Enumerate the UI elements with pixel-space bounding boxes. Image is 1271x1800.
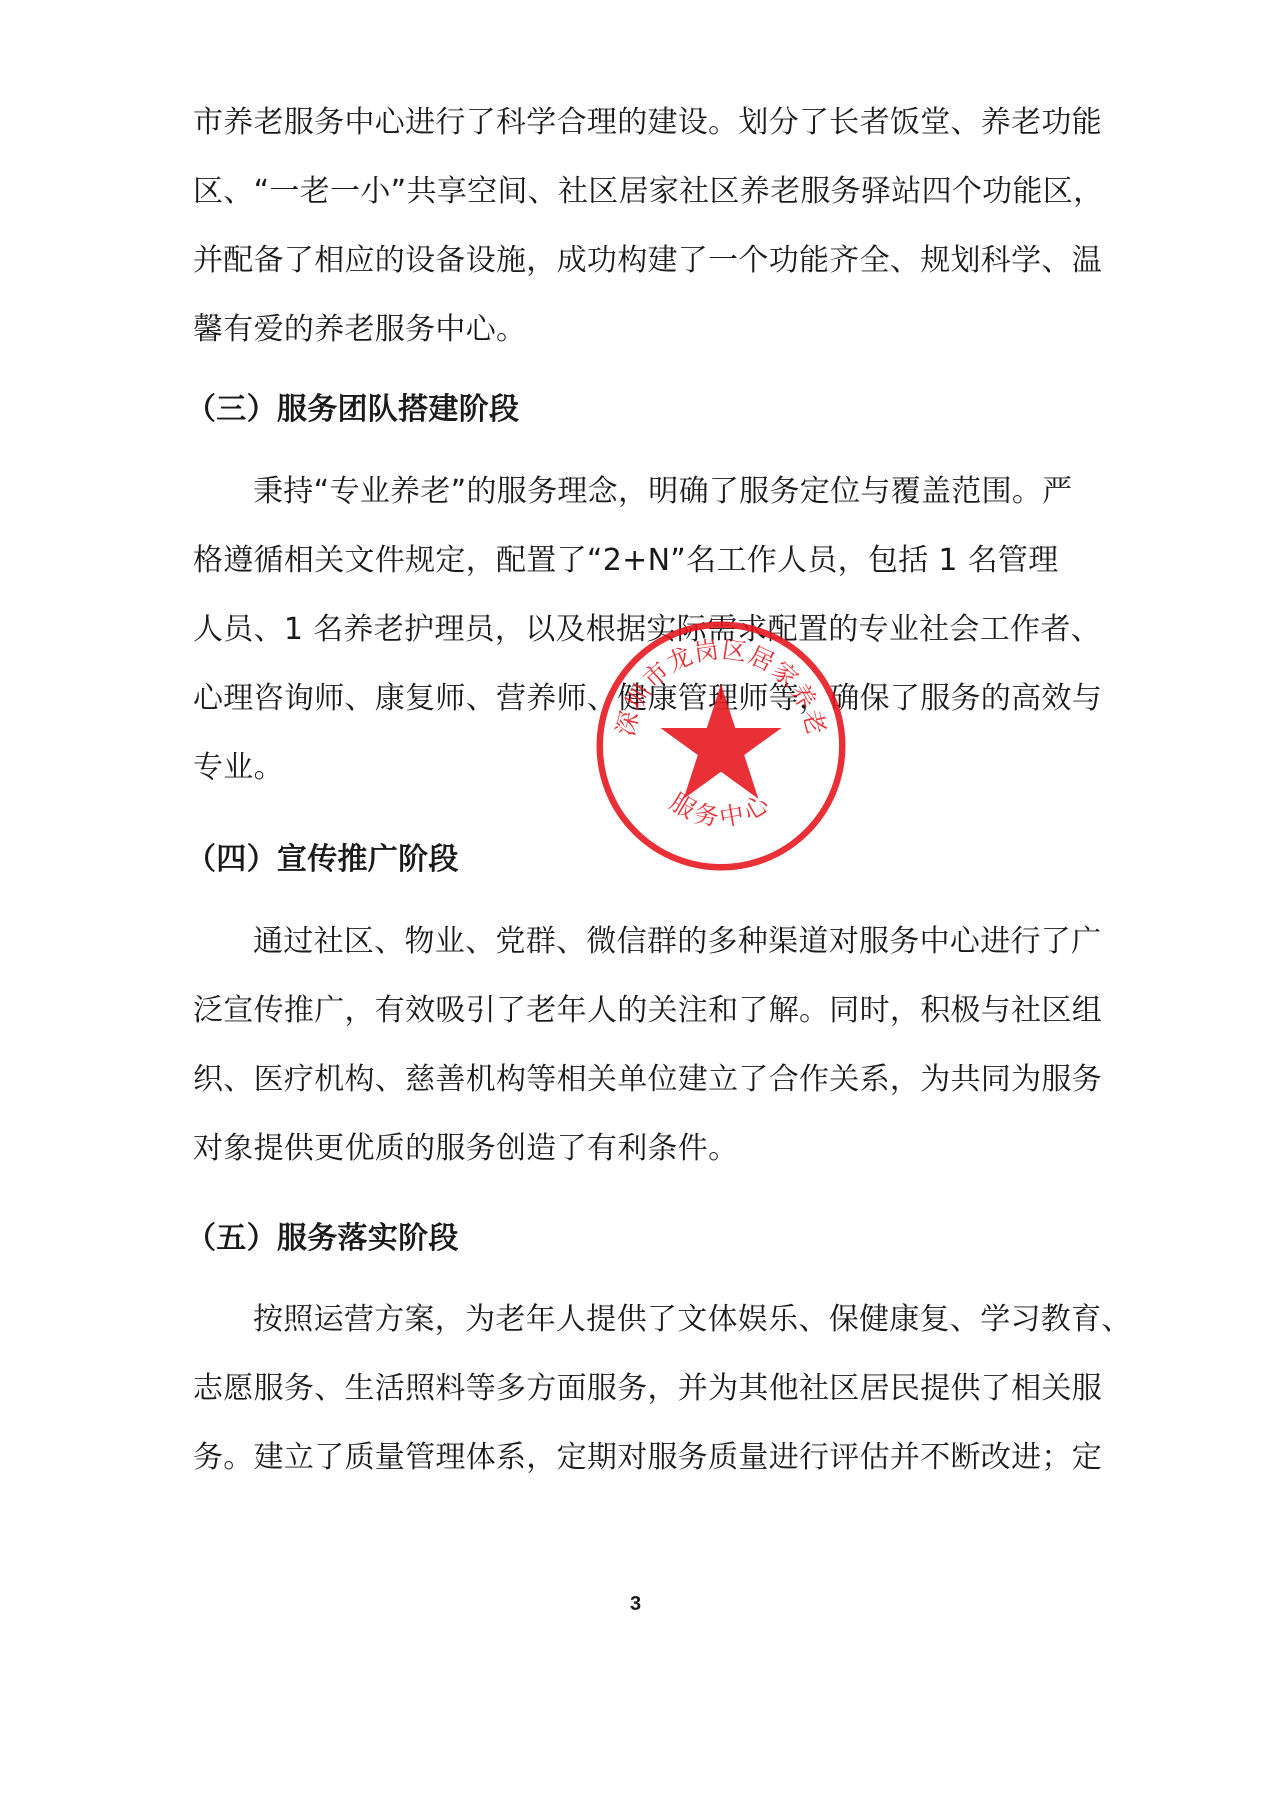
red-star-seal-icon: 深圳市龙岗区居家养老 服务中心 xyxy=(592,617,850,875)
svg-text:服务中心: 服务中心 xyxy=(665,787,777,832)
paragraph-line: 格遵循相关文件规定，配置了“2+N”名工作人员，包括 1 名管理 xyxy=(193,541,1125,581)
section-heading: （四）宣传推广阶段 xyxy=(186,840,1118,880)
paragraph-line: 市养老服务中心进行了科学合理的建设。划分了长者饭堂、养老功能 xyxy=(193,103,1125,143)
paragraph-line: 通过社区、物业、党群、微信群的多种渠道对服务中心进行了广 xyxy=(253,922,1125,962)
paragraph-line: 泛宣传推广，有效吸引了老年人的关注和了解。同时，积极与社区组 xyxy=(193,991,1125,1031)
paragraph-line: 心理咨询师、康复师、营养师、健康管理师等，确保了服务的高效与 xyxy=(193,679,1125,719)
paragraph-line: 专业。 xyxy=(193,748,1125,788)
paragraph-line: 志愿服务、生活照料等多方面服务，并为其他社区居民提供了相关服 xyxy=(193,1369,1125,1409)
paragraph-line: 馨有爱的养老服务中心。 xyxy=(193,310,1125,350)
paragraph-line: 区、“一老一小”共享空间、社区居家社区养老服务驿站四个功能区， xyxy=(193,172,1125,212)
page-number: 3 xyxy=(0,1593,1271,1616)
paragraph-line: 按照运营方案，为老年人提供了文体娱乐、保健康复、学习教育、 xyxy=(253,1300,1125,1340)
paragraph-line: 人员、1 名养老护理员，以及根据实际需求配置的专业社会工作者、 xyxy=(193,610,1125,650)
section-heading: （五）服务落实阶段 xyxy=(186,1219,1118,1259)
section-heading: （三）服务团队搭建阶段 xyxy=(186,390,1118,430)
paragraph-line: 并配备了相应的设备设施，成功构建了一个功能齐全、规划科学、温 xyxy=(193,241,1125,281)
paragraph-line: 对象提供更优质的服务创造了有利条件。 xyxy=(193,1129,1125,1169)
paragraph-line: 秉持“专业养老”的服务理念，明确了服务定位与覆盖范围。严 xyxy=(253,472,1125,512)
paragraph-line: 务。建立了质量管理体系，定期对服务质量进行评估并不断改进；定 xyxy=(193,1438,1125,1478)
document-page: 市养老服务中心进行了科学合理的建设。划分了长者饭堂、养老功能 区、“一老一小”共… xyxy=(0,0,1271,1800)
paragraph-line: 织、医疗机构、慈善机构等相关单位建立了合作关系，为共同为服务 xyxy=(193,1060,1125,1100)
